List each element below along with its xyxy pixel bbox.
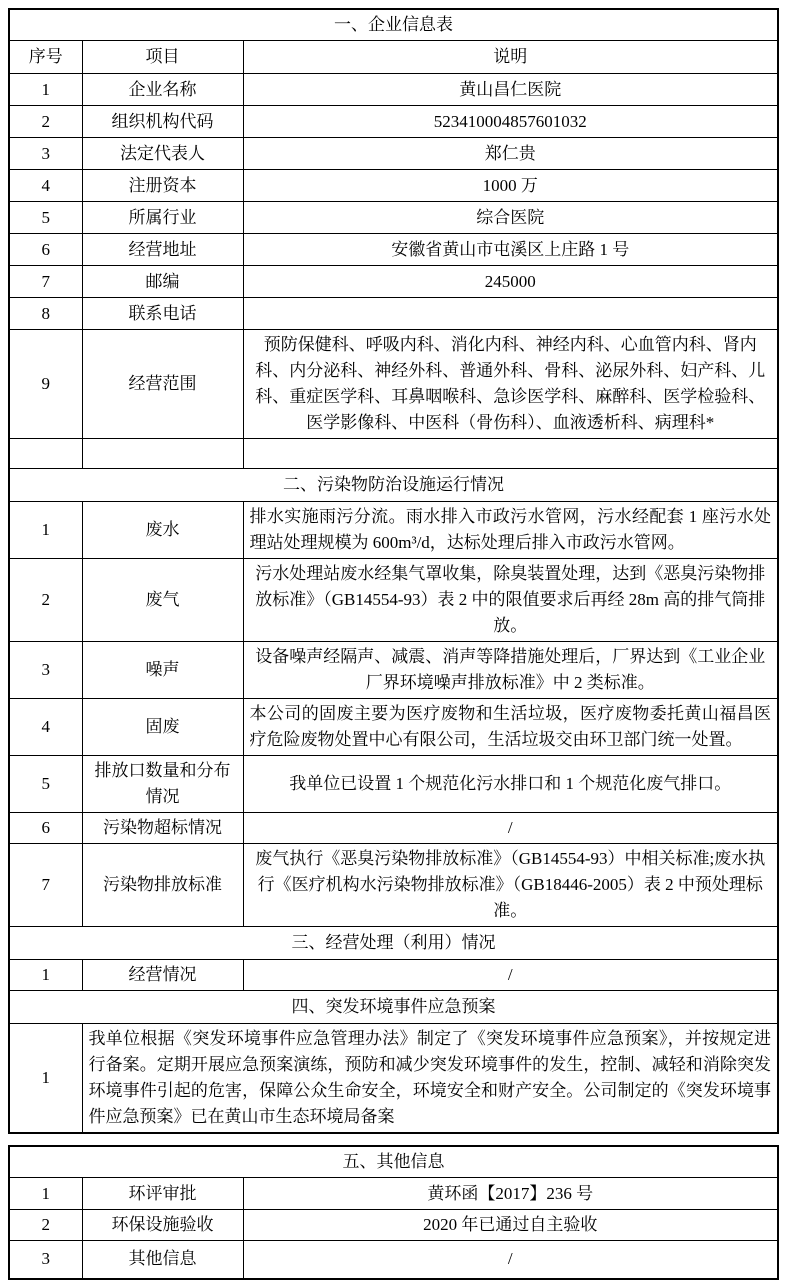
table-row: 7 污染物排放标准 废气执行《恶臭污染物排放标准》（GB14554-93）中相关… bbox=[9, 844, 778, 927]
row-desc: 本公司的固废主要为医疗废物和生活垃圾，医疗废物委托黄山福昌医疗危险废物处置中心有… bbox=[243, 699, 778, 756]
row-desc: 黄山昌仁医院 bbox=[243, 74, 778, 106]
row-item: 环评审批 bbox=[82, 1178, 243, 1210]
table-row: 5 所属行业 综合医院 bbox=[9, 202, 778, 234]
section2-title: 二、污染物防治设施运行情况 bbox=[9, 469, 778, 502]
table-row: 3 其他信息 / bbox=[9, 1241, 778, 1279]
header-desc: 说明 bbox=[243, 41, 778, 74]
row-no: 8 bbox=[9, 298, 82, 330]
row-item: 企业名称 bbox=[82, 74, 243, 106]
section1-title: 一、企业信息表 bbox=[9, 9, 778, 41]
row-no: 9 bbox=[9, 330, 82, 439]
row-item: 经营地址 bbox=[82, 234, 243, 266]
row-desc: 设备噪声经隔声、减震、消声等降措施处理后，厂界达到《工业企业厂界环境噪声排放标准… bbox=[243, 642, 778, 699]
row-desc: / bbox=[243, 813, 778, 844]
row-item: 污染物超标情况 bbox=[82, 813, 243, 844]
row-no: 2 bbox=[9, 106, 82, 138]
row-no: 7 bbox=[9, 266, 82, 298]
row-desc: / bbox=[243, 960, 778, 991]
row-no: 4 bbox=[9, 170, 82, 202]
section4-title: 四、突发环境事件应急预案 bbox=[9, 991, 778, 1024]
table-row: 4 注册资本 1000 万 bbox=[9, 170, 778, 202]
row-desc: 安徽省黄山市屯溪区上庄路 1 号 bbox=[243, 234, 778, 266]
row-desc bbox=[243, 298, 778, 330]
table-row: 8 联系电话 bbox=[9, 298, 778, 330]
row-desc: / bbox=[243, 1241, 778, 1279]
row-item: 废气 bbox=[82, 559, 243, 642]
row-no: 3 bbox=[9, 642, 82, 699]
row-no: 2 bbox=[9, 1210, 82, 1241]
table-row: 2 组织机构代码 523410004857601032 bbox=[9, 106, 778, 138]
table-row: 1 经营情况 / bbox=[9, 960, 778, 991]
row-no: 7 bbox=[9, 844, 82, 927]
row-no: 1 bbox=[9, 1024, 82, 1134]
row-no: 3 bbox=[9, 1241, 82, 1279]
header-no: 序号 bbox=[9, 41, 82, 74]
header-item: 项目 bbox=[82, 41, 243, 74]
section2-title-row: 二、污染物防治设施运行情况 bbox=[9, 469, 778, 502]
section5-title-row: 五、其他信息 bbox=[9, 1146, 778, 1178]
row-desc: 废气执行《恶臭污染物排放标准》（GB14554-93）中相关标准;废水执行《医疗… bbox=[243, 844, 778, 927]
table-row: 2 废气 污水处理站废水经集气罩收集，除臭装置处理，达到《恶臭污染物排放标准》（… bbox=[9, 559, 778, 642]
row-desc: 预防保健科、呼吸内科、消化内科、神经内科、心血管内科、肾内科、内分泌科、神经外科… bbox=[243, 330, 778, 439]
row-item: 组织机构代码 bbox=[82, 106, 243, 138]
row-item: 固废 bbox=[82, 699, 243, 756]
empty-row bbox=[9, 439, 778, 469]
document-page: 一、企业信息表 序号 项目 说明 1 企业名称 黄山昌仁医院 2 组织机构代码 … bbox=[0, 0, 785, 1280]
row-item: 废水 bbox=[82, 502, 243, 559]
row-desc: 污水处理站废水经集气罩收集，除臭装置处理，达到《恶臭污染物排放标准》（GB145… bbox=[243, 559, 778, 642]
row-item: 环保设施验收 bbox=[82, 1210, 243, 1241]
row-desc: 我单位已设置 1 个规范化污水排口和 1 个规范化废气排口。 bbox=[243, 756, 778, 813]
row-desc: 523410004857601032 bbox=[243, 106, 778, 138]
row-item: 其他信息 bbox=[82, 1241, 243, 1279]
row-item: 所属行业 bbox=[82, 202, 243, 234]
table-row: 1 环评审批 黄环函【2017】236 号 bbox=[9, 1178, 778, 1210]
row-desc: 1000 万 bbox=[243, 170, 778, 202]
section5-title: 五、其他信息 bbox=[9, 1146, 778, 1178]
row-item: 邮编 bbox=[82, 266, 243, 298]
row-no: 6 bbox=[9, 234, 82, 266]
row-item: 污染物排放标准 bbox=[82, 844, 243, 927]
table-row: 1 我单位根据《突发环境事件应急管理办法》制定了《突发环境事件应急预案》，并按规… bbox=[9, 1024, 778, 1134]
section3-title-row: 三、经营处理（利用）情况 bbox=[9, 927, 778, 960]
row-no: 3 bbox=[9, 138, 82, 170]
table-gap bbox=[8, 1134, 777, 1145]
row-item: 联系电话 bbox=[82, 298, 243, 330]
table-row: 5 排放口数量和分布情况 我单位已设置 1 个规范化污水排口和 1 个规范化废气… bbox=[9, 756, 778, 813]
row-no: 5 bbox=[9, 756, 82, 813]
row-item: 经营情况 bbox=[82, 960, 243, 991]
row-no bbox=[9, 439, 82, 469]
row-no: 1 bbox=[9, 502, 82, 559]
enterprise-info-table: 一、企业信息表 序号 项目 说明 1 企业名称 黄山昌仁医院 2 组织机构代码 … bbox=[8, 8, 779, 1134]
row-desc: 排水实施雨污分流。雨水排入市政污水管网，污水经配套 1 座污水处理站处理规模为 … bbox=[243, 502, 778, 559]
row-no: 1 bbox=[9, 74, 82, 106]
row-no: 4 bbox=[9, 699, 82, 756]
table-row: 1 废水 排水实施雨污分流。雨水排入市政污水管网，污水经配套 1 座污水处理站处… bbox=[9, 502, 778, 559]
table-row: 1 企业名称 黄山昌仁医院 bbox=[9, 74, 778, 106]
section1-title-row: 一、企业信息表 bbox=[9, 9, 778, 41]
row-item: 噪声 bbox=[82, 642, 243, 699]
table-row: 3 法定代表人 郑仁贵 bbox=[9, 138, 778, 170]
table-row: 3 噪声 设备噪声经隔声、减震、消声等降措施处理后，厂界达到《工业企业厂界环境噪… bbox=[9, 642, 778, 699]
row-no: 2 bbox=[9, 559, 82, 642]
row-desc: 我单位根据《突发环境事件应急管理办法》制定了《突发环境事件应急预案》，并按规定进… bbox=[82, 1024, 778, 1134]
section4-title-row: 四、突发环境事件应急预案 bbox=[9, 991, 778, 1024]
row-desc: 245000 bbox=[243, 266, 778, 298]
row-item: 法定代表人 bbox=[82, 138, 243, 170]
row-desc: 2020 年已通过自主验收 bbox=[243, 1210, 778, 1241]
table-row: 7 邮编 245000 bbox=[9, 266, 778, 298]
row-item bbox=[82, 439, 243, 469]
row-item: 注册资本 bbox=[82, 170, 243, 202]
row-desc: 黄环函【2017】236 号 bbox=[243, 1178, 778, 1210]
table-row: 4 固废 本公司的固废主要为医疗废物和生活垃圾，医疗废物委托黄山福昌医疗危险废物… bbox=[9, 699, 778, 756]
table-row: 6 经营地址 安徽省黄山市屯溪区上庄路 1 号 bbox=[9, 234, 778, 266]
row-no: 6 bbox=[9, 813, 82, 844]
row-item: 经营范围 bbox=[82, 330, 243, 439]
row-desc: 郑仁贵 bbox=[243, 138, 778, 170]
header-row: 序号 项目 说明 bbox=[9, 41, 778, 74]
table-row: 2 环保设施验收 2020 年已通过自主验收 bbox=[9, 1210, 778, 1241]
row-no: 1 bbox=[9, 1178, 82, 1210]
row-item: 排放口数量和分布情况 bbox=[82, 756, 243, 813]
row-no: 5 bbox=[9, 202, 82, 234]
row-desc: 综合医院 bbox=[243, 202, 778, 234]
section3-title: 三、经营处理（利用）情况 bbox=[9, 927, 778, 960]
row-desc bbox=[243, 439, 778, 469]
table-row: 9 经营范围 预防保健科、呼吸内科、消化内科、神经内科、心血管内科、肾内科、内分… bbox=[9, 330, 778, 439]
table-row: 6 污染物超标情况 / bbox=[9, 813, 778, 844]
other-info-table: 五、其他信息 1 环评审批 黄环函【2017】236 号 2 环保设施验收 20… bbox=[8, 1145, 779, 1280]
row-no: 1 bbox=[9, 960, 82, 991]
